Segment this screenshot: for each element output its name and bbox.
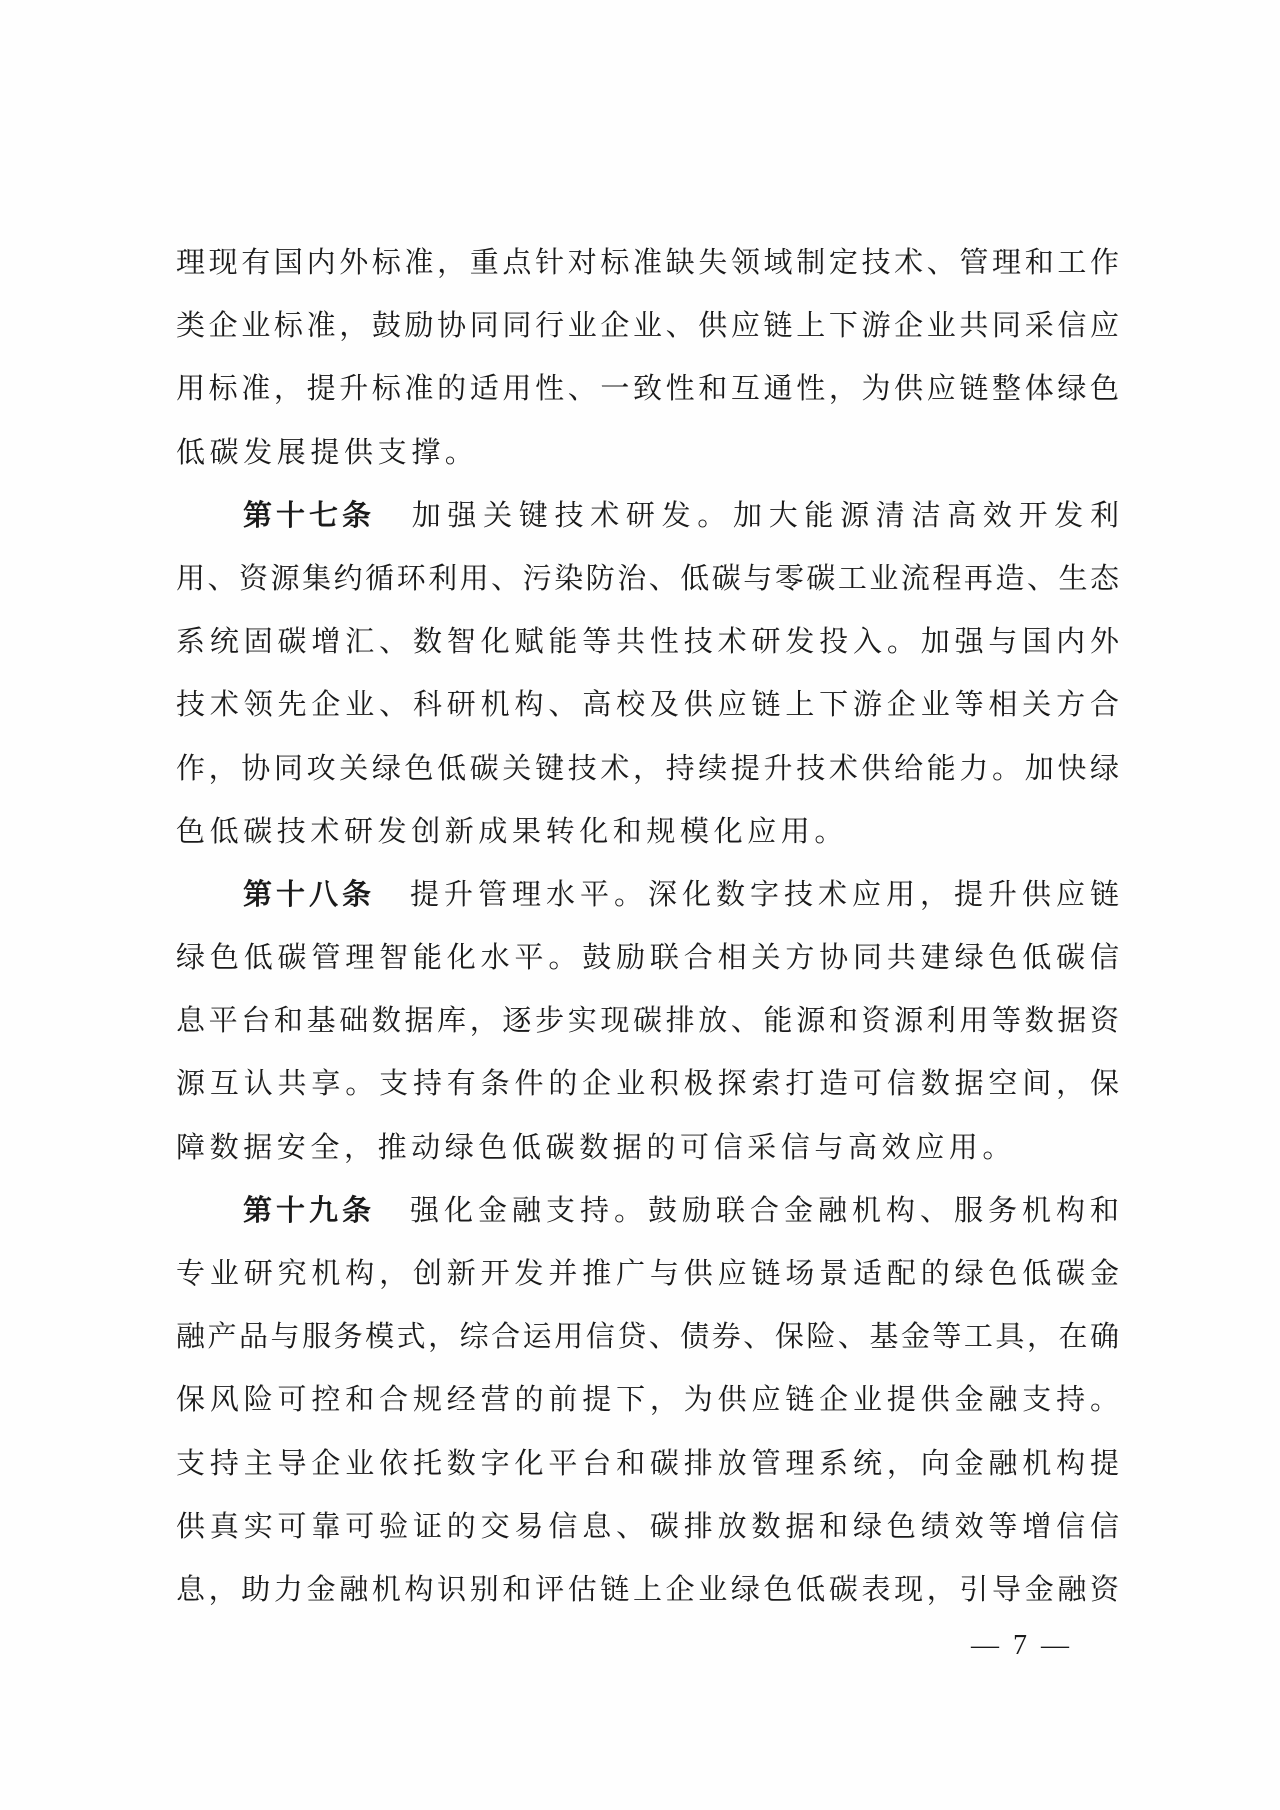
text-line: 供真实可靠可验证的交易信息、碳排放数据和绿色绩效等增信信 — [176, 1495, 1119, 1558]
text-line: 保风险可控和合规经营的前提下，为供应链企业提供金融支持。 — [176, 1368, 1119, 1431]
article-17-first-line: 第十七条加强关键技术研发。加大能源清洁高效开发利 — [176, 484, 1119, 547]
text-line: 作，协同攻关绿色低碳关键技术，持续提升技术供给能力。加快绿 — [176, 737, 1119, 800]
text-line: 融产品与服务模式，综合运用信贷、债券、保险、基金等工具，在确 — [176, 1305, 1119, 1368]
text-line: 用、资源集约循环利用、污染防治、低碳与零碳工业流程再造、生态 — [176, 547, 1119, 610]
document-body: 理现有国内外标准，重点针对标准缺失领域制定技术、管理和工作 类企业标准，鼓励协同… — [176, 231, 1119, 1621]
text-line: 类企业标准，鼓励协同同行业企业、供应链上下游企业共同采信应 — [176, 294, 1119, 357]
text-line: 低碳发展提供支撑。 — [176, 421, 1119, 484]
text-line: 绿色低碳管理智能化水平。鼓励联合相关方协同共建绿色低碳信 — [176, 926, 1119, 989]
document-page: 理现有国内外标准，重点针对标准缺失领域制定技术、管理和工作 类企业标准，鼓励协同… — [0, 0, 1280, 1810]
article-title-text: 加强关键技术研发。加大能源清洁高效开发利 — [405, 498, 1119, 532]
text-line: 支持主导企业依托数字化平台和碳排放管理系统，向金融机构提 — [176, 1432, 1119, 1495]
article-title-text: 提升管理水平。深化数字技术应用，提升供应链 — [405, 877, 1119, 911]
article-number: 第十八条 — [243, 863, 375, 926]
text-line: 息平台和基础数据库，逐步实现碳排放、能源和资源利用等数据资 — [176, 989, 1119, 1052]
text-line: 息，助力金融机构识别和评估链上企业绿色低碳表现，引导金融资 — [176, 1558, 1119, 1621]
text-line: 理现有国内外标准，重点针对标准缺失领域制定技术、管理和工作 — [176, 231, 1119, 294]
article-18-first-line: 第十八条提升管理水平。深化数字技术应用，提升供应链 — [176, 863, 1119, 926]
text-line: 用标准，提升标准的适用性、一致性和互通性，为供应链整体绿色 — [176, 357, 1119, 420]
article-number: 第十七条 — [243, 484, 375, 547]
article-title-text: 强化金融支持。鼓励联合金融机构、服务机构和 — [405, 1193, 1119, 1227]
text-line: 色低碳技术研发创新成果转化和规模化应用。 — [176, 800, 1119, 863]
article-19-first-line: 第十九条强化金融支持。鼓励联合金融机构、服务机构和 — [176, 1179, 1119, 1242]
text-line: 专业研究机构，创新开发并推广与供应链场景适配的绿色低碳金 — [176, 1242, 1119, 1305]
text-line: 源互认共享。支持有条件的企业积极探索打造可信数据空间，保 — [176, 1052, 1119, 1115]
article-number: 第十九条 — [243, 1179, 375, 1242]
page-number: — 7 — — [958, 1628, 1082, 1664]
text-line: 障数据安全，推动绿色低碳数据的可信采信与高效应用。 — [176, 1116, 1119, 1179]
text-line: 技术领先企业、科研机构、高校及供应链上下游企业等相关方合 — [176, 673, 1119, 736]
text-line: 系统固碳增汇、数智化赋能等共性技术研发投入。加强与国内外 — [176, 610, 1119, 673]
